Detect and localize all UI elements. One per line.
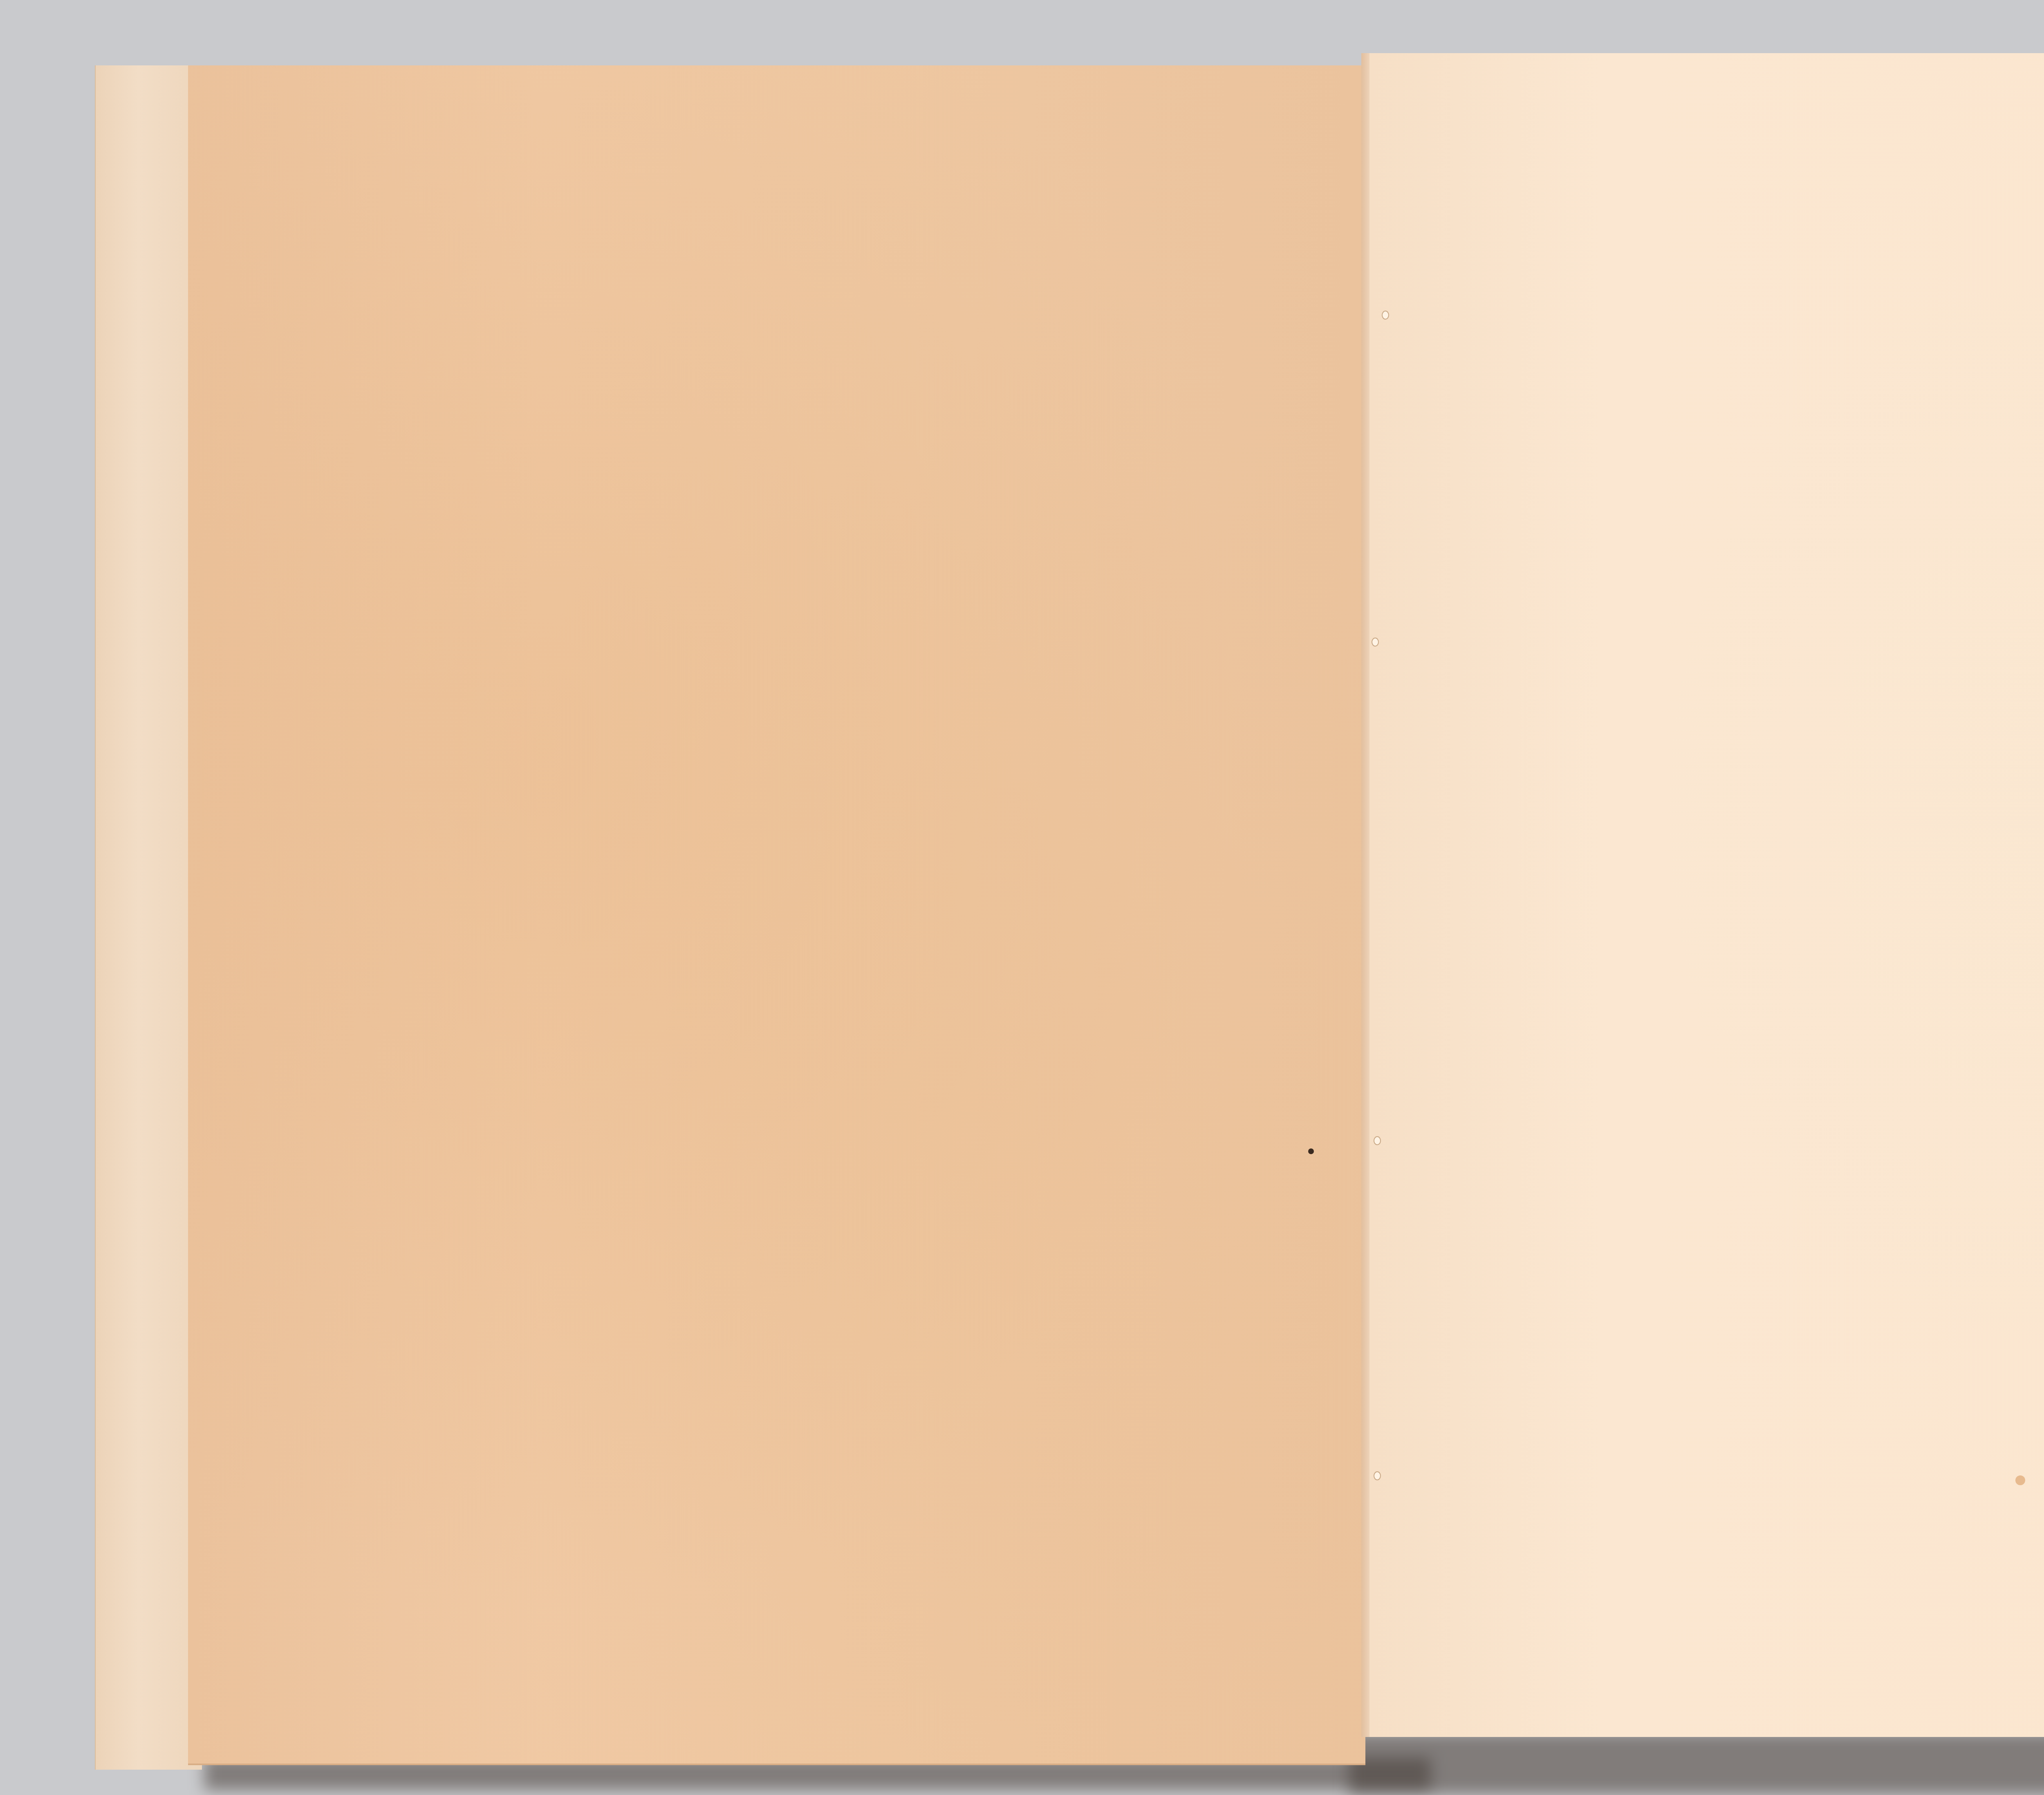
stitch-hole	[1382, 311, 1389, 320]
book-shadow-right	[1349, 1733, 2044, 1794]
flyleaf	[95, 65, 202, 1770]
stitch-hole	[1374, 1136, 1381, 1145]
left-page	[188, 65, 1365, 1764]
spot	[1308, 1148, 1314, 1154]
right-page	[1369, 53, 2044, 1737]
foxing-spot	[2015, 1475, 2025, 1485]
stitch-hole	[1372, 638, 1379, 647]
book-photo	[0, 0, 2044, 1795]
stitch-hole	[1374, 1471, 1381, 1480]
